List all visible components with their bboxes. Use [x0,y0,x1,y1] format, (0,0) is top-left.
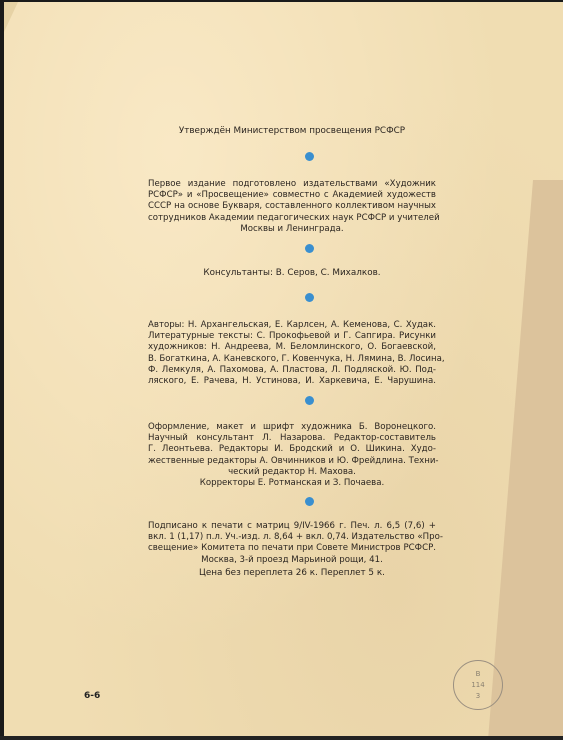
bullet-dot-icon [305,293,314,302]
authors-paragraph: Авторы: Н. Архангельская, Е. Карлсен, А.… [148,320,436,387]
text-line: ческий редактор Н. Махова. [148,467,436,478]
text-line: Москва, 3-й проезд Марьиной рощи, 41. [148,555,436,566]
text-line: Ф. Лемкуля, А. Пахомова, А. Пластова, Л.… [148,365,436,376]
signature-mark: 6-6 [84,691,100,701]
stamp-top: В [454,669,502,680]
text-line: Корректоры Е. Ротманская и З. Почаева. [148,478,436,489]
text-line: Г. Леонтьева. Редакторы И. Бродский и О.… [148,444,436,455]
text-line: сотрудников Академии педагогических наук… [148,213,436,224]
bullet-dot-icon [305,152,314,161]
text-line: Первое издание подготовлено издательства… [148,179,436,190]
bullet-dot-icon [305,497,314,506]
price-line: Цена без переплета 26 к. Переплет 5 к. [148,568,436,578]
stamp-middle: 114 [454,680,502,691]
first-edition-paragraph: Первое издание подготовлено издательства… [148,179,436,235]
imprint-paragraph: Подписано к печати с матриц 9/IV-1966 г.… [148,521,436,566]
design-credits-paragraph: Оформление, макет и шрифт художника Б. В… [148,422,436,489]
text-line: Оформление, макет и шрифт художника Б. В… [148,422,436,433]
text-line: Литературные тексты: С. Прокофьевой и Г.… [148,331,436,342]
text-line: свещение» Комитета по печати при Совете … [148,543,436,554]
text-line: вкл. 1 (1,17) п.л. Уч.-изд. л. 8,64 + вк… [148,532,436,543]
text-line: СССР на основе Букваря, составленного ко… [148,201,436,212]
bullet-dot-icon [305,396,314,405]
consultants-line: Консультанты: В. Серов, С. Михалков. [148,268,436,278]
text-line: ляского, Е. Рачева, Н. Устинова, И. Харк… [148,376,436,387]
library-stamp: В 114 3 [453,660,503,710]
text-line: жественные редакторы А. Овчинников и Ю. … [148,456,436,467]
text-line: Научный консультант Л. Назарова. Редакто… [148,433,436,444]
text-line: Подписано к печати с матриц 9/IV-1966 г.… [148,521,436,532]
bullet-dot-icon [305,244,314,253]
text-line: Авторы: Н. Архангельская, Е. Карлсен, А.… [148,320,436,331]
scan-bottom-edge [0,736,563,740]
stamp-bottom: 3 [454,691,502,702]
text-line: Москвы и Ленинграда. [148,224,436,235]
text-line: В. Богаткина, А. Каневского, Г. Ковенчук… [148,354,436,365]
text-line: художников: Н. Андреева, М. Беломлинског… [148,342,436,353]
text-line: РСФСР» и «Просвещение» совместно с Акаде… [148,190,436,201]
approval-line: Утверждён Министерством просвещения РСФС… [148,126,436,136]
